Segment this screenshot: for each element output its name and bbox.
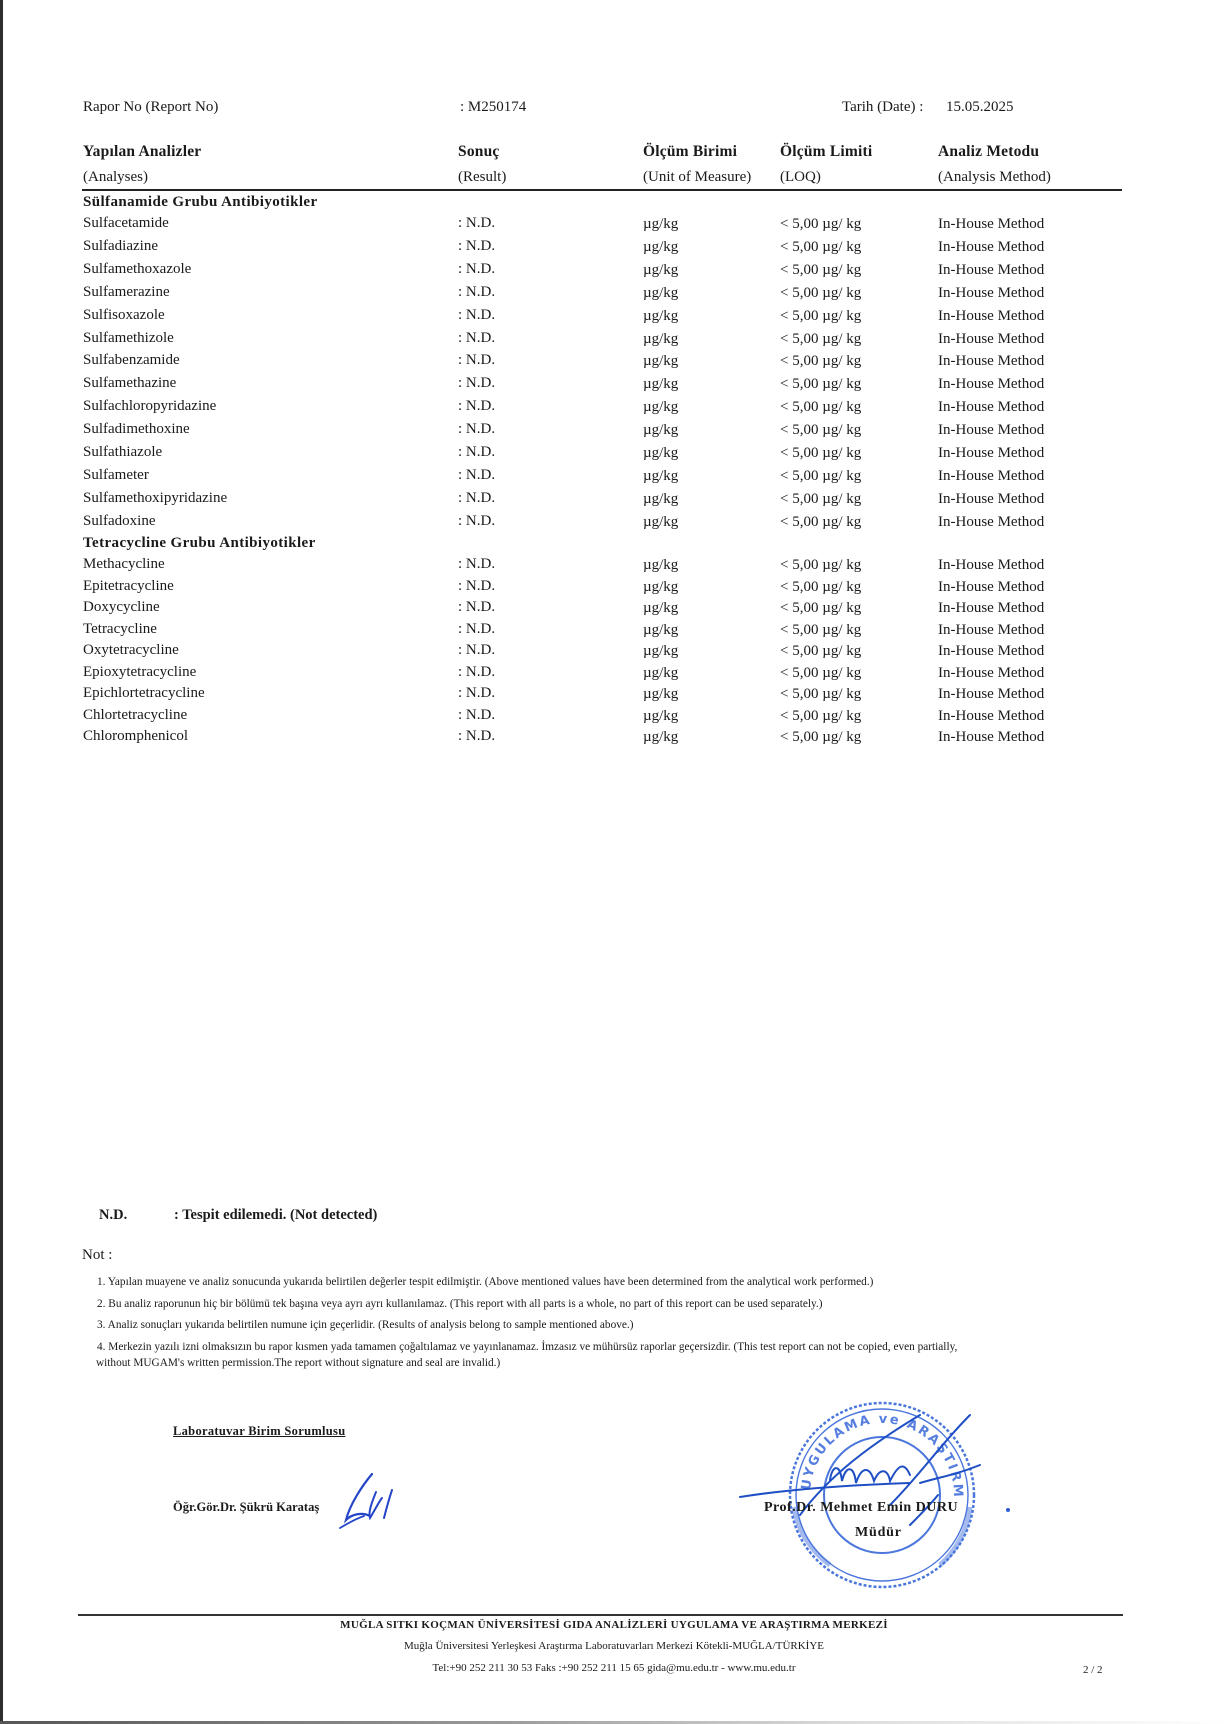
analyte-name: Sulfamethizole bbox=[83, 330, 174, 347]
analyte-name: Sulfamethoxipyridazine bbox=[83, 490, 227, 507]
method-value: In-House Method bbox=[938, 422, 1044, 439]
result-value: : N.D. bbox=[458, 215, 495, 232]
analyte-name: Epitetracycline bbox=[83, 578, 174, 595]
unit-value: µg/kg bbox=[643, 514, 678, 531]
unit-value: µg/kg bbox=[643, 239, 678, 256]
loq-value: < 5,00 µg/ kg bbox=[780, 622, 861, 639]
analyte-name: Sulfathiazole bbox=[83, 444, 162, 461]
unit-value: µg/kg bbox=[643, 708, 678, 725]
report-no-label: Rapor No (Report No) bbox=[83, 99, 218, 116]
loq-value: < 5,00 µg/ kg bbox=[780, 239, 861, 256]
unit-value: µg/kg bbox=[643, 422, 678, 439]
method-value: In-House Method bbox=[938, 514, 1044, 531]
loq-value: < 5,00 µg/ kg bbox=[780, 686, 861, 703]
analyte-name: Epichlortetracycline bbox=[83, 685, 205, 702]
lab-supervisor-name: Öğr.Gör.Dr. Şükrü Karataş bbox=[173, 1500, 319, 1515]
svg-text:UYGULAMA ve ARAŞTIRMA MERKEZİ: UYGULAMA ve ARAŞTIRMA MERKEZİ bbox=[763, 1373, 966, 1499]
method-value: In-House Method bbox=[938, 708, 1044, 725]
unit-value: µg/kg bbox=[643, 491, 678, 508]
analyte-name: Oxytetracycline bbox=[83, 642, 179, 659]
result-value: : N.D. bbox=[458, 728, 495, 745]
official-seal-stamp: UYGULAMA ve ARAŞTIRMA MERKEZİ bbox=[770, 1385, 1000, 1595]
loq-value: < 5,00 µg/ kg bbox=[780, 600, 861, 617]
analyte-name: Sulfadoxine bbox=[83, 513, 156, 530]
header-method-tr: Analiz Metodu bbox=[938, 143, 1039, 161]
analyte-name: Sulfameter bbox=[83, 467, 149, 484]
group-title: Sülfanamide Grubu Antibiyotikler bbox=[83, 194, 318, 211]
loq-value: < 5,00 µg/ kg bbox=[780, 308, 861, 325]
result-value: : N.D. bbox=[458, 284, 495, 301]
unit-value: µg/kg bbox=[643, 665, 678, 682]
loq-value: < 5,00 µg/ kg bbox=[780, 399, 861, 416]
date-value: 15.05.2025 bbox=[946, 99, 1014, 116]
unit-value: µg/kg bbox=[643, 285, 678, 302]
result-value: : N.D. bbox=[458, 707, 495, 724]
loq-value: < 5,00 µg/ kg bbox=[780, 331, 861, 348]
method-value: In-House Method bbox=[938, 686, 1044, 703]
note-item: 2. Bu analiz raporunun hiç bir bölümü te… bbox=[97, 1294, 1127, 1316]
header-result-en: (Result) bbox=[458, 169, 506, 186]
method-value: In-House Method bbox=[938, 216, 1044, 233]
loq-value: < 5,00 µg/ kg bbox=[780, 491, 861, 508]
handwritten-signature-left bbox=[340, 1470, 420, 1530]
result-value: : N.D. bbox=[458, 375, 495, 392]
director-role: Müdür bbox=[855, 1525, 902, 1541]
analyte-name: Sulfabenzamide bbox=[83, 352, 180, 369]
unit-value: µg/kg bbox=[643, 399, 678, 416]
unit-value: µg/kg bbox=[643, 331, 678, 348]
loq-value: < 5,00 µg/ kg bbox=[780, 729, 861, 746]
method-value: In-House Method bbox=[938, 445, 1044, 462]
unit-value: µg/kg bbox=[643, 376, 678, 393]
unit-value: µg/kg bbox=[643, 353, 678, 370]
unit-value: µg/kg bbox=[643, 308, 678, 325]
method-value: In-House Method bbox=[938, 557, 1044, 574]
result-value: : N.D. bbox=[458, 307, 495, 324]
header-analyses-en: (Analyses) bbox=[83, 169, 148, 186]
method-value: In-House Method bbox=[938, 643, 1044, 660]
method-value: In-House Method bbox=[938, 579, 1044, 596]
header-loq-en: (LOQ) bbox=[780, 169, 821, 186]
footer-address: Muğla Üniversitesi Yerleşkesi Araştırma … bbox=[0, 1640, 1228, 1652]
method-value: In-House Method bbox=[938, 622, 1044, 639]
result-value: : N.D. bbox=[458, 261, 495, 278]
method-value: In-House Method bbox=[938, 468, 1044, 485]
analyte-name: Sulfamerazine bbox=[83, 284, 170, 301]
result-value: : N.D. bbox=[458, 513, 495, 530]
ink-dot bbox=[1006, 1508, 1010, 1512]
page-number: 2 / 2 bbox=[1083, 1664, 1103, 1676]
lab-supervisor-title: Laboratuvar Birim Sorumlusu bbox=[173, 1424, 345, 1439]
legend-abbr: N.D. bbox=[99, 1207, 127, 1224]
result-value: : N.D. bbox=[458, 685, 495, 702]
unit-value: µg/kg bbox=[643, 600, 678, 617]
result-value: : N.D. bbox=[458, 490, 495, 507]
director-name: Prof.Dr. Mehmet Emin DURU bbox=[764, 1500, 958, 1516]
method-value: In-House Method bbox=[938, 262, 1044, 279]
result-value: : N.D. bbox=[458, 444, 495, 461]
loq-value: < 5,00 µg/ kg bbox=[780, 422, 861, 439]
unit-value: µg/kg bbox=[643, 729, 678, 746]
notes-list: 1. Yapılan muayene ve analiz sonucunda y… bbox=[97, 1272, 1127, 1371]
loq-value: < 5,00 µg/ kg bbox=[780, 557, 861, 574]
loq-value: < 5,00 µg/ kg bbox=[780, 285, 861, 302]
method-value: In-House Method bbox=[938, 308, 1044, 325]
loq-value: < 5,00 µg/ kg bbox=[780, 445, 861, 462]
header-loq-tr: Ölçüm Limiti bbox=[780, 143, 872, 161]
result-value: : N.D. bbox=[458, 238, 495, 255]
analyte-name: Sulfisoxazole bbox=[83, 307, 165, 324]
method-value: In-House Method bbox=[938, 399, 1044, 416]
method-value: In-House Method bbox=[938, 331, 1044, 348]
result-value: : N.D. bbox=[458, 467, 495, 484]
analyte-name: Sulfadimethoxine bbox=[83, 421, 190, 438]
result-value: : N.D. bbox=[458, 621, 495, 638]
method-value: In-House Method bbox=[938, 491, 1044, 508]
group-title: Tetracycline Grubu Antibiyotikler bbox=[83, 535, 316, 552]
unit-value: µg/kg bbox=[643, 216, 678, 233]
analyte-name: Sulfamethoxazole bbox=[83, 261, 191, 278]
loq-value: < 5,00 µg/ kg bbox=[780, 262, 861, 279]
loq-value: < 5,00 µg/ kg bbox=[780, 514, 861, 531]
analyte-name: Tetracycline bbox=[83, 621, 157, 638]
method-value: In-House Method bbox=[938, 353, 1044, 370]
result-value: : N.D. bbox=[458, 664, 495, 681]
legend-meaning: : Tespit edilemedi. (Not detected) bbox=[174, 1207, 377, 1224]
header-result-tr: Sonuç bbox=[458, 143, 500, 161]
unit-value: µg/kg bbox=[643, 262, 678, 279]
analyte-name: Sulfachloropyridazine bbox=[83, 398, 216, 415]
note-item: 1. Yapılan muayene ve analiz sonucunda y… bbox=[97, 1272, 1127, 1294]
footer-institution: MUĞLA SITKI KOÇMAN ÜNİVERSİTESİ GIDA ANA… bbox=[0, 1619, 1228, 1631]
header-analyses-tr: Yapılan Analizler bbox=[83, 143, 201, 161]
analyte-name: Chlortetracycline bbox=[83, 707, 187, 724]
loq-value: < 5,00 µg/ kg bbox=[780, 468, 861, 485]
loq-value: < 5,00 µg/ kg bbox=[780, 353, 861, 370]
result-value: : N.D. bbox=[458, 556, 495, 573]
unit-value: µg/kg bbox=[643, 622, 678, 639]
unit-value: µg/kg bbox=[643, 643, 678, 660]
method-value: In-House Method bbox=[938, 239, 1044, 256]
analyte-name: Chloromphenicol bbox=[83, 728, 188, 745]
loq-value: < 5,00 µg/ kg bbox=[780, 216, 861, 233]
date-label: Tarih (Date) : bbox=[842, 99, 923, 116]
result-value: : N.D. bbox=[458, 398, 495, 415]
analyte-name: Methacycline bbox=[83, 556, 165, 573]
footer-divider bbox=[78, 1614, 1123, 1616]
result-value: : N.D. bbox=[458, 599, 495, 616]
header-divider bbox=[82, 189, 1122, 191]
method-value: In-House Method bbox=[938, 285, 1044, 302]
unit-value: µg/kg bbox=[643, 579, 678, 596]
method-value: In-House Method bbox=[938, 729, 1044, 746]
analyte-name: Sulfadiazine bbox=[83, 238, 158, 255]
result-value: : N.D. bbox=[458, 330, 495, 347]
result-value: : N.D. bbox=[458, 352, 495, 369]
loq-value: < 5,00 µg/ kg bbox=[780, 708, 861, 725]
result-value: : N.D. bbox=[458, 642, 495, 659]
unit-value: µg/kg bbox=[643, 468, 678, 485]
loq-value: < 5,00 µg/ kg bbox=[780, 579, 861, 596]
analyte-name: Epioxytetracycline bbox=[83, 664, 196, 681]
unit-value: µg/kg bbox=[643, 557, 678, 574]
loq-value: < 5,00 µg/ kg bbox=[780, 643, 861, 660]
header-method-en: (Analysis Method) bbox=[938, 169, 1051, 186]
header-unit-en: (Unit of Measure) bbox=[643, 169, 751, 186]
method-value: In-House Method bbox=[938, 376, 1044, 393]
notes-label: Not : bbox=[82, 1247, 112, 1264]
analyte-name: Sulfacetamide bbox=[83, 215, 169, 232]
unit-value: µg/kg bbox=[643, 686, 678, 703]
loq-value: < 5,00 µg/ kg bbox=[780, 376, 861, 393]
header-unit-tr: Ölçüm Birimi bbox=[643, 143, 737, 161]
scan-edge-left bbox=[0, 0, 3, 1724]
method-value: In-House Method bbox=[938, 665, 1044, 682]
result-value: : N.D. bbox=[458, 578, 495, 595]
note-item: 3. Analiz sonuçları yukarıda belirtilen … bbox=[97, 1315, 1127, 1337]
analyte-name: Doxycycline bbox=[83, 599, 160, 616]
footer-contact: Tel:+90 252 211 30 53 Faks :+90 252 211 … bbox=[0, 1662, 1228, 1674]
report-no-value: : M250174 bbox=[460, 99, 526, 116]
unit-value: µg/kg bbox=[643, 445, 678, 462]
analyte-name: Sulfamethazine bbox=[83, 375, 176, 392]
method-value: In-House Method bbox=[938, 600, 1044, 617]
result-value: : N.D. bbox=[458, 421, 495, 438]
loq-value: < 5,00 µg/ kg bbox=[780, 665, 861, 682]
